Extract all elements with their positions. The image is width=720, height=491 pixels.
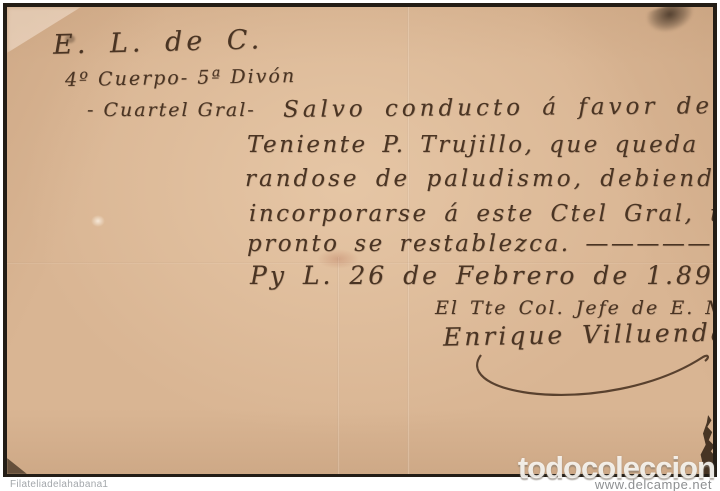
body-line-3: randose de paludismo, debiendo: [245, 166, 713, 192]
date-line: Py L. 26 de Febrero de 1.898 —: [250, 261, 713, 290]
letterhead-hq: - Cuartel Gral-: [87, 99, 256, 121]
delcampe-url-watermark: www.delcampe.net: [595, 477, 712, 491]
body-line-2: Teniente P. Trujillo, que queda cu-: [247, 132, 713, 158]
signature-flourish: [467, 349, 713, 401]
signer-title: El Tte Col. Jefe de E. M.: [435, 297, 713, 319]
seller-watermark: Filateliadelahabana1: [10, 479, 108, 490]
paper-spot: [91, 215, 105, 227]
letterhead-initials: E. L. de C.: [53, 24, 264, 60]
body-line-1: Salvo conducto á favor del: [283, 93, 713, 123]
body-line-4: incorporarse á este Ctel Gral, tan: [249, 201, 713, 227]
ink-smudge: [644, 7, 698, 38]
document-photo: E. L. de C. 4º Cuerpo- 5ª Divón - Cuarte…: [3, 3, 717, 477]
body-line-5: pronto se restablezca. —————: [247, 231, 713, 257]
damage-corner: [7, 458, 27, 474]
letterhead-unit: 4º Cuerpo- 5ª Divón: [65, 65, 296, 91]
listing-image: E. L. de C. 4º Cuerpo- 5ª Divón - Cuarte…: [0, 0, 720, 491]
signature: Enrique Villuendas: [443, 317, 713, 351]
paper: E. L. de C. 4º Cuerpo- 5ª Divón - Cuarte…: [7, 7, 713, 474]
